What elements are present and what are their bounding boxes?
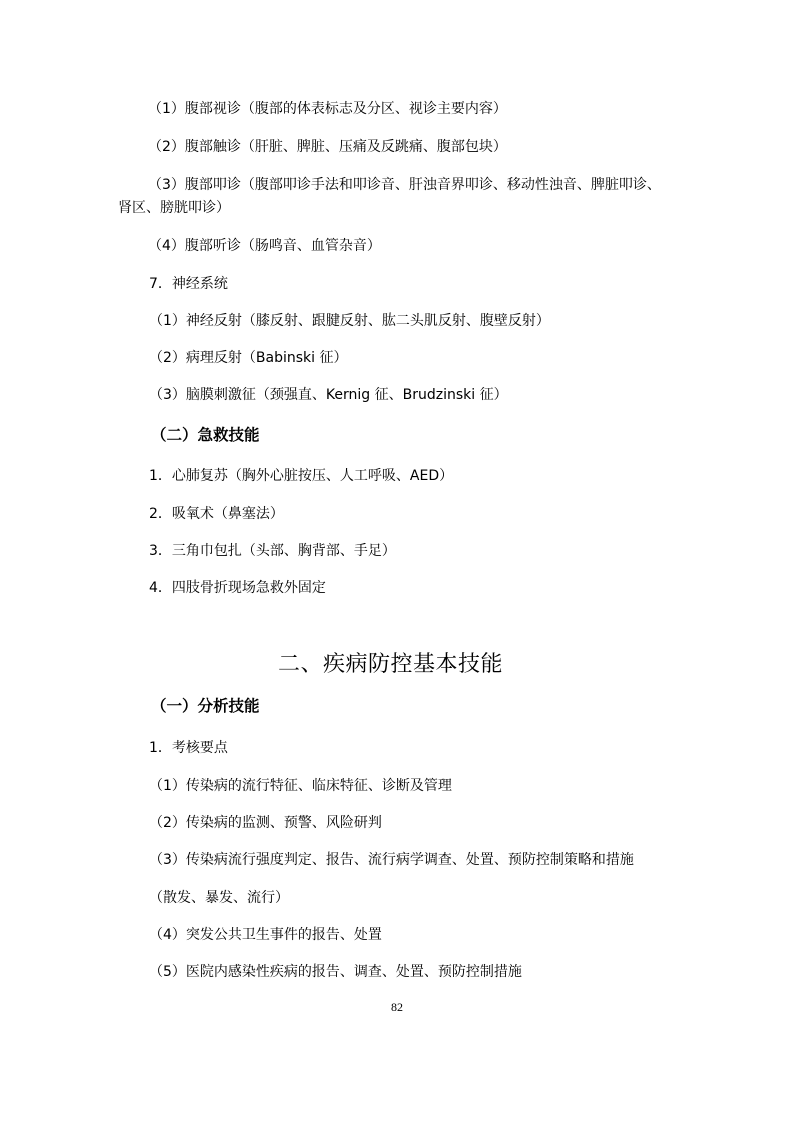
- list-item: （3）传染病流行强度判定、报告、流行病学调查、处置、预防控制策略和措施: [149, 852, 634, 868]
- text-line: （3）腹部叩诊（腹部叩诊手法和叩诊音、肝浊音界叩诊、移动性浊音、脾脏叩诊、: [148, 177, 661, 193]
- text-line: （1）腹部视诊（腹部的体表标志及分区、视诊主要内容）: [148, 101, 507, 117]
- list-item: （5）医院内感染性疾病的报告、调查、处置、预防控制措施: [149, 964, 522, 980]
- text-line: （2）病理反射（Babinski 征）: [149, 350, 347, 366]
- text-line: 肾区、膀胱叩诊）: [118, 200, 230, 216]
- text-line: （1）神经反射（膝反射、跟腱反射、肱二头肌反射、腹壁反射）: [149, 313, 550, 329]
- list-item: 4．四肢骨折现场急救外固定: [149, 580, 326, 596]
- text-line: （3）脑膜刺激征（颈强直、Kernig 征、Brudzinski 征）: [149, 387, 508, 403]
- page-number: 82: [0, 1000, 794, 1014]
- list-item: （散发、暴发、流行）: [149, 890, 289, 906]
- chapter-title: 二、疾病防控基本技能: [278, 652, 503, 678]
- section-heading-analysis: （一）分析技能: [151, 697, 260, 715]
- section-heading-emergency: （二）急救技能: [151, 426, 260, 444]
- text-line: （4）腹部听诊（肠鸣音、血管杂音）: [148, 238, 381, 254]
- text-line: （2）腹部触诊（肝脏、脾脏、压痛及反跳痛、腹部包块）: [148, 139, 507, 155]
- list-item: 3．三角巾包扎（头部、胸背部、手足）: [149, 543, 396, 559]
- list-item: （4）突发公共卫生事件的报告、处置: [149, 927, 382, 943]
- text-line: 7．神经系统: [149, 276, 228, 292]
- subheading: 1．考核要点: [149, 740, 228, 756]
- list-item: 1．心肺复苏（胸外心脏按压、人工呼吸、AED）: [149, 468, 453, 484]
- list-item: （1）传染病的流行特征、临床特征、诊断及管理: [149, 778, 452, 794]
- list-item: 2．吸氧术（鼻塞法）: [149, 506, 284, 522]
- list-item: （2）传染病的监测、预警、风险研判: [149, 815, 382, 831]
